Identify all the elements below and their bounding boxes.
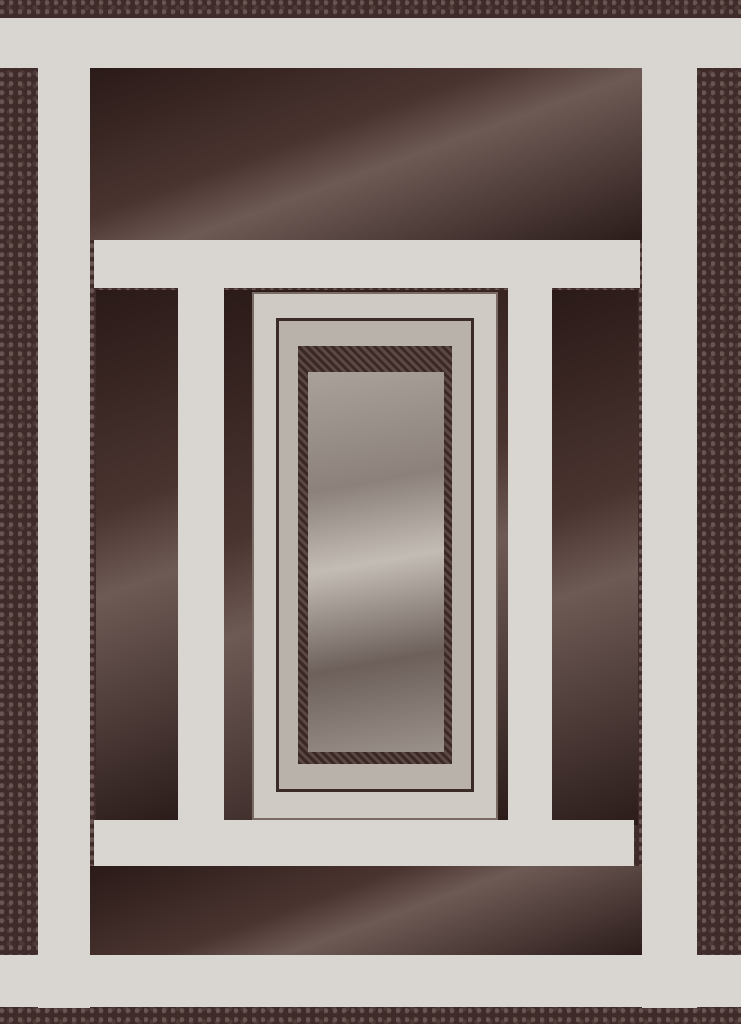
inner-frame-bottom (94, 820, 634, 866)
burial-photograph: Monochrome overhead photograph of an exc… (0, 0, 741, 1024)
bottom-compartment (90, 866, 642, 955)
outer-frame-bottom (0, 955, 741, 1007)
outer-frame-left (38, 18, 90, 1008)
top-compartment (90, 68, 642, 240)
textile-shroud (308, 372, 444, 752)
inner-frame-top (94, 240, 640, 288)
left-compartment (96, 290, 180, 820)
inner-divider-right (508, 240, 552, 860)
inner-divider-left (178, 240, 224, 860)
outer-frame-right (642, 18, 697, 1008)
outer-frame-top (0, 18, 741, 68)
right-compartment (550, 290, 638, 825)
